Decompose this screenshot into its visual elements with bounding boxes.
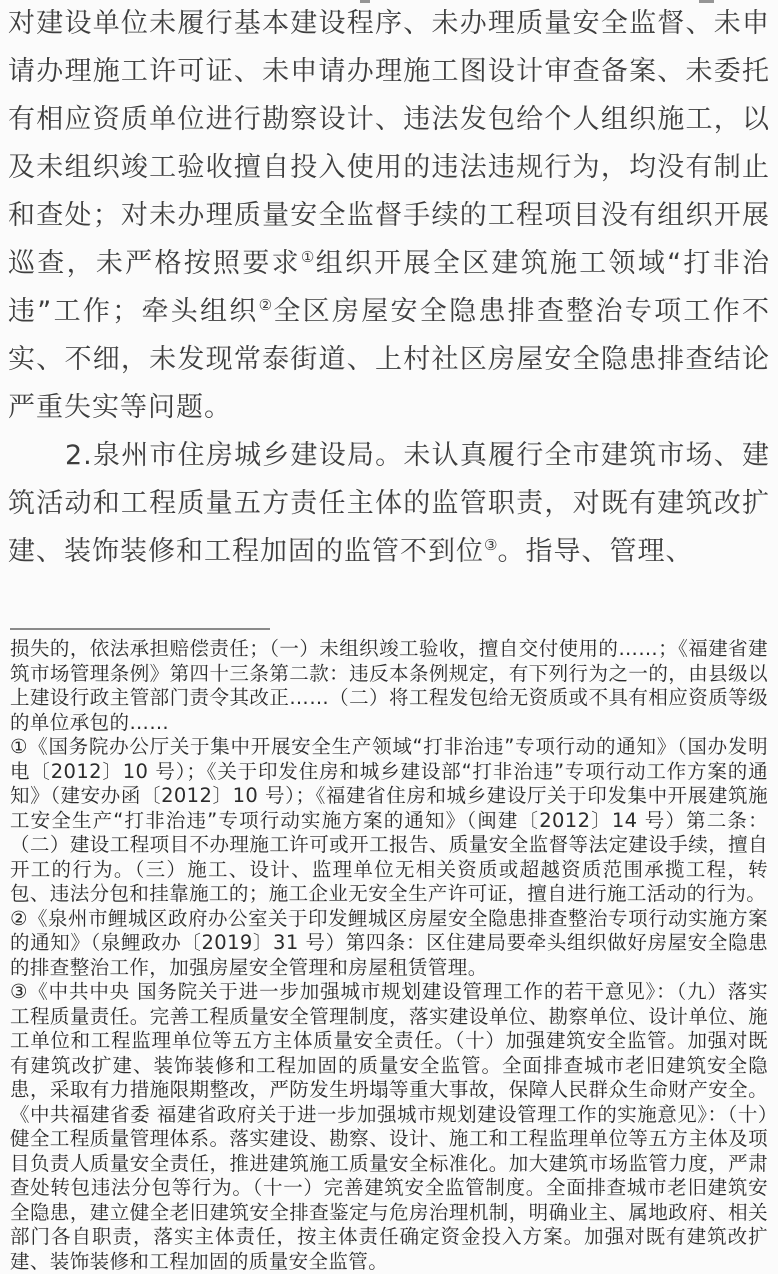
body-paragraph: 2.泉州市住房城乡建设局。未认真履行全市建筑市场、建筑活动和工程质量五方责任主体… bbox=[8, 432, 770, 576]
document-page: 对建设单位未履行基本建设程序、未办理质量安全监督、未申请办理施工许可证、未申请办… bbox=[0, 0, 778, 1274]
footnote-item: ③《中共中央 国务院关于进一步加强城市规划建设管理工作的若干意见》：（九）落实工… bbox=[10, 980, 768, 1274]
footnote-reference-mark: ③ bbox=[484, 536, 497, 554]
footnote-marker: ③ bbox=[10, 980, 28, 1003]
footnote-item: ②《泉州市鲤城区政府办公室关于印发鲤城区房屋安全隐患排查整治专项行动实施方案的通… bbox=[10, 907, 768, 981]
footnote-continuation: 损失的，依法承担赔偿责任；（一）未组织竣工验收，擅自交付使用的……；《福建省建筑… bbox=[10, 637, 768, 735]
body-text: 对建设单位未履行基本建设程序、未办理质量安全监督、未申请办理施工许可证、未申请办… bbox=[8, 0, 770, 576]
footnote-reference-mark: ② bbox=[259, 296, 274, 314]
footnote-item: ①《国务院办公厅关于集中开展安全生产领域“打非治违”专项行动的通知》（国办发明电… bbox=[10, 735, 768, 907]
footnote-item-text: 《国务院办公厅关于集中开展安全生产领域“打非治违”专项行动的通知》（国办发明电〔… bbox=[10, 735, 768, 905]
footnote-divider bbox=[10, 628, 270, 630]
body-paragraph: 对建设单位未履行基本建设程序、未办理质量安全监督、未申请办理施工许可证、未申请办… bbox=[8, 0, 770, 432]
footnote-area: 损失的，依法承担赔偿责任；（一）未组织竣工验收，擅自交付使用的……；《福建省建筑… bbox=[10, 637, 768, 1274]
body-text-segment: 对建设单位未履行基本建设程序、未办理质量安全监督、未申请办理施工许可证、未申请办… bbox=[8, 8, 770, 279]
footnote-marker: ② bbox=[10, 907, 28, 930]
footnote-marker: ① bbox=[10, 735, 28, 758]
footnote-reference-mark: ① bbox=[301, 248, 316, 266]
body-text-segment: 。指导、管理、 bbox=[497, 536, 693, 567]
footnote-item-text: 《中共中央 国务院关于进一步加强城市规划建设管理工作的若干意见》：（九）落实工程… bbox=[10, 980, 768, 1273]
footnote-item-text: 《泉州市鲤城区政府办公室关于印发鲤城区房屋安全隐患排查整治专项行动实施方案的通知… bbox=[10, 907, 768, 979]
